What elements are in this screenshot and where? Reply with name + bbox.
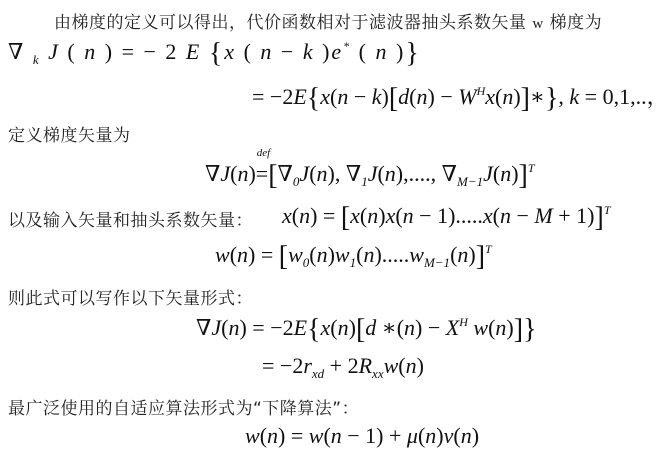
equation-gradient-vector-form: ∇J(n) = −2E{x(n)[d ∗(n) − XH w(n)]} [196, 314, 537, 346]
def-label: def [257, 147, 270, 159]
equation-tap-vector: w(n) = [w0(n)w1(n).....wM−1(n)]T [215, 241, 492, 273]
equation-gradient-vector: ∇J(n)=def[∇0J(n), ∇1J(n),...., ∇M−1J(n)]… [205, 160, 535, 192]
equation-gradient-correlation-form: = −2rxd + 2Rxxw(n) [262, 353, 424, 382]
equation-descent-update: w(n) = w(n − 1) + μ(n)v(n) [245, 423, 479, 449]
paragraph-vector-form: 则此式可以写作以下矢量形式： [8, 284, 253, 309]
paragraph-text: 由梯度的定义可以得出，代价函数相对于滤波器抽头系数矢量 [54, 13, 527, 33]
paragraph-descent-algorithm: 最广泛使用的自适应算法形式为“下降算法”： [8, 394, 359, 419]
equation-input-vector: x(n) = [x(n)x(n − 1).....x(n − M + 1)]T [282, 202, 611, 234]
paragraph-tail: 梯度为 [550, 13, 603, 33]
paragraph-define-gradient-vector: 定义梯度矢量为 [8, 121, 131, 146]
equation-gradient-k-expanded: = −2E{x(n − k)[d(n) − WHx(n)]∗}, k = 0,1… [252, 80, 671, 115]
variable-w: w [532, 16, 543, 32]
equation-gradient-k: ∇ k J ( n ) = − 2 E {x ( n − k )e* ( n )… [8, 38, 421, 70]
paragraph-input-and-tap-vectors: 以及输入矢量和抽头系数矢量： [8, 206, 253, 231]
paragraph-gradient-definition: 由梯度的定义可以得出，代价函数相对于滤波器抽头系数矢量 w 梯度为 [54, 8, 602, 33]
